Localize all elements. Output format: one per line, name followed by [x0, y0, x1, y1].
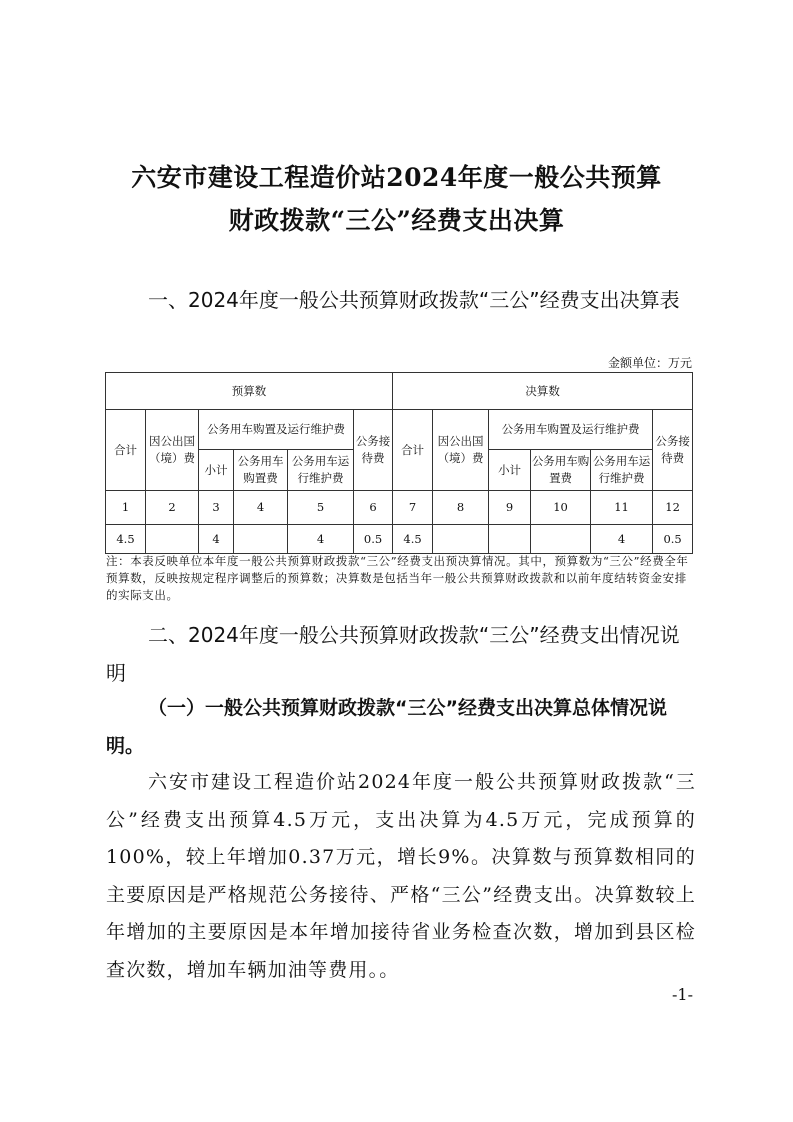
group-header-final: 决算数 [393, 373, 693, 410]
paragraph: 六安市建设工程造价站2024年度一般公共预算财政拨款“三公”经费支出预算4.5万… [106, 764, 696, 989]
page-number: -1- [672, 985, 693, 1004]
col-head-subtotal: 小计 [199, 450, 234, 491]
index-cell: 3 [199, 491, 234, 525]
value-cell [433, 525, 489, 554]
value-cell [489, 525, 531, 554]
section1-heading: 一、2024年度一般公共预算财政拨款“三公”经费支出决算表 [106, 281, 694, 319]
col-head-reception: 公务接待费 [653, 410, 693, 491]
document-title-line1: 六安市建设工程造价站2024年度一般公共预算 [0, 158, 793, 194]
index-cell: 8 [433, 491, 489, 525]
index-cell: 6 [354, 491, 393, 525]
col-head-total: 合计 [106, 410, 146, 491]
col-head-vehicle-purchase: 公务用车购置费 [531, 450, 591, 491]
section2-heading-text: 二、2024年度一般公共预算财政拨款“三公”经费支出情况说明 [106, 623, 680, 685]
value-cell: 4 [199, 525, 234, 554]
value-cell: 4.5 [106, 525, 146, 554]
index-cell: 10 [531, 491, 591, 525]
paragraph-text: 六安市建设工程造价站2024年度一般公共预算财政拨款“三公”经费支出预算4.5万… [106, 771, 696, 981]
table-value-row: 4.5 4 4 0.5 4.5 4 0.5 [106, 525, 693, 554]
document-title-line2: 财政拨款“三公”经费支出决算 [0, 201, 793, 237]
index-cell: 4 [234, 491, 288, 525]
col-head-reception: 公务接待费 [354, 410, 393, 491]
value-cell: 0.5 [653, 525, 693, 554]
value-cell: 4.5 [393, 525, 433, 554]
index-cell: 2 [146, 491, 199, 525]
col-head-vehicle-group: 公务用车购置及运行维护费 [199, 410, 354, 450]
unit-label: 金额单位：万元 [608, 354, 692, 371]
col-head-vehicle-operation: 公务用车运行维护费 [591, 450, 653, 491]
col-head-vehicle-purchase: 公务用车购置费 [234, 450, 288, 491]
index-cell: 1 [106, 491, 146, 525]
group-header-budget: 预算数 [106, 373, 393, 410]
section1-heading-text: 一、2024年度一般公共预算财政拨款“三公”经费支出决算表 [148, 288, 680, 312]
value-cell [146, 525, 199, 554]
index-cell: 9 [489, 491, 531, 525]
index-cell: 5 [288, 491, 354, 525]
col-head-total: 合计 [393, 410, 433, 491]
value-cell: 4 [288, 525, 354, 554]
value-cell [531, 525, 591, 554]
index-cell: 11 [591, 491, 653, 525]
index-cell: 7 [393, 491, 433, 525]
subsection1-heading-text: （一）一般公共预算财政拨款“三公”经费支出决算总体情况说明。 [106, 697, 667, 757]
value-cell: 4 [591, 525, 653, 554]
value-cell: 0.5 [354, 525, 393, 554]
col-head-vehicle-operation: 公务用车运行维护费 [288, 450, 354, 491]
section2-heading: 二、2024年度一般公共预算财政拨款“三公”经费支出情况说明 [106, 616, 694, 692]
table-index-row: 1 2 3 4 5 6 7 8 9 10 11 12 [106, 491, 693, 525]
index-cell: 12 [653, 491, 693, 525]
col-head-abroad: 因公出国（境）费 [433, 410, 489, 491]
col-head-subtotal: 小计 [489, 450, 531, 491]
value-cell [234, 525, 288, 554]
subsection1-heading: （一）一般公共预算财政拨款“三公”经费支出决算总体情况说明。 [106, 689, 694, 765]
col-head-abroad: 因公出国（境）费 [146, 410, 199, 491]
col-head-vehicle-group: 公务用车购置及运行维护费 [489, 410, 653, 450]
table-note: 注：本表反映单位本年度一般公共预算财政拨款“三公”经费支出预决算情况。其中，预算… [106, 553, 696, 604]
three-public-expenses-table: 预算数 决算数 合计 因公出国（境）费 公务用车购置及运行维护费 公务接待费 合… [105, 372, 693, 554]
